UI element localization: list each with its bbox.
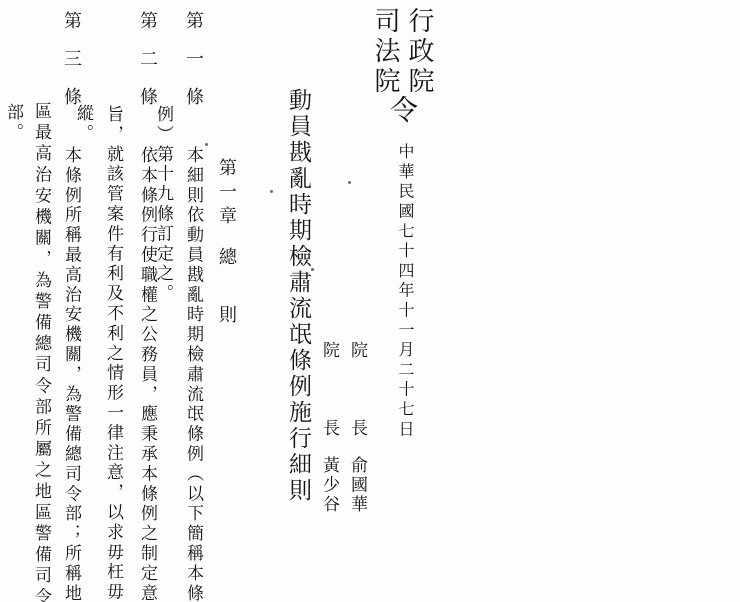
signatory1-title-char-1: 院 xyxy=(348,341,365,358)
article2-line2: 旨，就該管案件有利及不利之情形一律注意，以求毋枉毋 xyxy=(104,105,121,602)
issue-date: 中華民國七十四年十一月二十七日 xyxy=(397,143,413,440)
scan-speck xyxy=(270,190,273,193)
scan-speck xyxy=(311,268,314,271)
order-word: 令 xyxy=(388,95,416,123)
chapter-heading: 第一章總則 xyxy=(217,158,235,363)
document-title: 動員戡亂時期檢肅流氓條例施行細則 xyxy=(286,88,309,504)
signatory2-title-char-1: 院 xyxy=(320,341,337,358)
chapter-number: 第一章 xyxy=(216,158,237,230)
signatory1-title-char-2: 長 xyxy=(348,419,365,436)
scan-speck xyxy=(348,181,351,184)
issuer-judicial-yuan: 司法院 xyxy=(372,7,398,97)
signatory2-title-char-2: 長 xyxy=(320,419,337,436)
scan-speck xyxy=(205,143,208,146)
article3-line2: 區最高治安機關，為警備總司令部所屬之地區警備司令 xyxy=(32,102,49,602)
article1-number: 第一條 xyxy=(184,11,202,125)
article3-number: 第三條 xyxy=(62,11,80,125)
signatory2-name: 黃少谷 xyxy=(320,456,337,515)
article2-number: 第二條 xyxy=(138,11,156,125)
chapter-title: 總則 xyxy=(216,247,237,363)
article1-line1: 本細則依動員戡亂時期檢肅流氓條例（以下簡稱本條 xyxy=(184,146,201,602)
signatory1-name: 俞國華 xyxy=(348,456,365,515)
article3-line3: 部。 xyxy=(4,103,21,143)
article3-line1: 本條例所稱最高治安機關，為警備總司令部；所稱地 xyxy=(62,146,79,602)
article2-line1: 依本條例行使職權之公務員，應秉承本條例之制定意 xyxy=(138,146,155,602)
issuer-executive-yuan: 行政院 xyxy=(406,7,432,97)
scanned-document-page: 行政院 司法院 令 中華民國七十四年十一月二十七日 院 長 俞國華 院 長 黃少… xyxy=(0,0,740,602)
